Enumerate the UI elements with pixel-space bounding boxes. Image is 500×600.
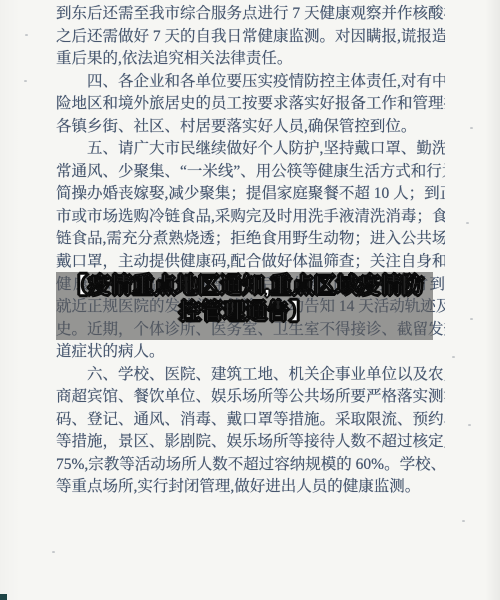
caption-title-line2: 控管理通告】 <box>40 299 450 325</box>
caption-title-line1: 【疫情重点地区通知,重点区域疫情防 <box>40 273 450 299</box>
document-line: 五、请广大市民继续做好个人防护,坚持戴口罩、勤洗手、 <box>56 138 445 161</box>
document-line: 常通风、少聚集、“一米线”、用公筷等健康生活方式和行为；从 <box>56 161 445 184</box>
scan-noise-speck <box>470 127 473 129</box>
document-line: 六、学校、医院、建筑工地、机关企事业单位以及农贸市场、 <box>56 364 445 387</box>
document-line: 各镇乡街、社区、村居要落实好人员,确保管控到位。 <box>56 116 445 139</box>
scanned-notice-page: 到东后还需至我市综合服务点进行 7 天健康观察并作核酸检测，之后还需做好 7 天… <box>0 0 500 600</box>
document-line: 商超宾馆、餐饮单位、娱乐场所等公共场所要严格落实测温、亮 <box>56 386 445 409</box>
document-line: 四、各企业和各单位要压实疫情防控主体责任,对有中高风 <box>56 71 445 94</box>
document-line: 到东后还需至我市综合服务点进行 7 天健康观察并作核酸检测， <box>56 3 445 26</box>
document-line: 等重点场所,实行封闭管理,做好进出人员的健康监测。 <box>56 476 445 499</box>
document-line: 码、登记、通风、消毒、戴口罩等措施。采取限流、预约、错峰 <box>56 409 445 432</box>
document-line: 75%,宗教等活动场所人数不超过容纳规模的 60%。学校、养老院 <box>56 454 445 477</box>
scan-noise-speck <box>468 424 471 426</box>
scan-noise-speck <box>25 34 28 36</box>
document-line: 链食品,需充分煮熟烧透；拒绝食用野生动物；进入公共场所要 <box>56 228 445 251</box>
caption-overlay-title: 【疫情重点地区通知,重点区域疫情防 控管理通告】 <box>40 273 450 325</box>
document-line: 市或市场选购冷链食品,采购完及时用洗手液清洗消毒；食用冷 <box>56 206 445 229</box>
scan-noise-speck <box>24 80 27 82</box>
document-line: 等措施，景区、影剧院、娱乐场所等接待人数不超过核定人数的 <box>56 431 445 454</box>
scan-corner-artifact <box>0 594 7 600</box>
scan-noise-speck <box>470 318 473 320</box>
document-line: 道症状的病人。 <box>56 341 445 364</box>
scan-noise-speck <box>52 551 55 553</box>
scan-noise-speck <box>462 520 465 522</box>
document-text-block: 到东后还需至我市综合服务点进行 7 天健康观察并作核酸检测，之后还需做好 7 天… <box>56 3 445 499</box>
scan-noise-speck <box>466 222 469 224</box>
document-line: 简操办婚丧嫁娶,减少聚集；提倡家庭聚餐不超 10 人；到正规超 <box>56 183 445 206</box>
document-line: 险地区和境外旅居史的员工按要求落实好报备工作和管理措施， <box>56 93 445 116</box>
document-line: 重后果的,依法追究相关法律责任。 <box>56 48 445 71</box>
scan-noise-speck <box>452 356 455 358</box>
document-line: 之后还需做好 7 天的自我日常健康监测。对因瞒报,谎报造成严 <box>56 26 445 49</box>
document-line: 戴口罩，主动提供健康码,配合做好体温筛查；关注自身和家人 <box>56 251 445 274</box>
